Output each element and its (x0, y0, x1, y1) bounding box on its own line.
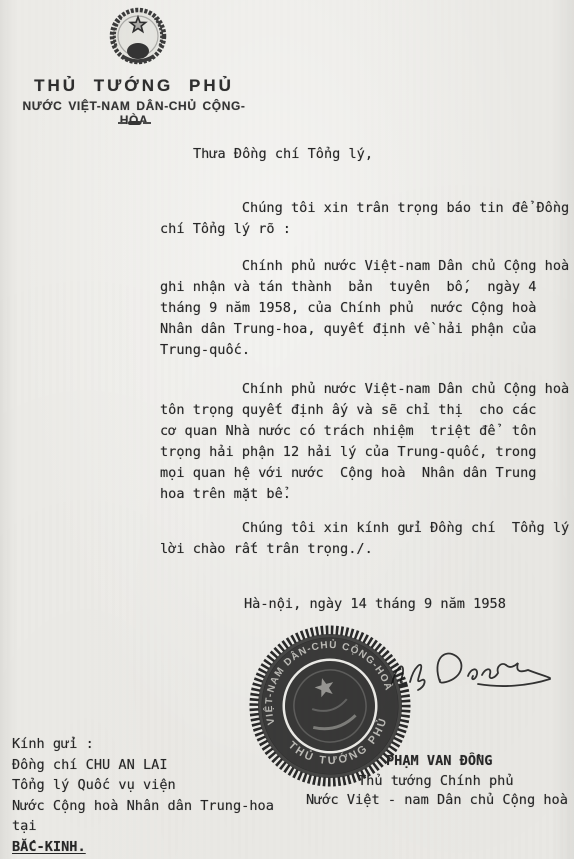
signer-name: PHẠM VAN ĐỒNG (386, 751, 492, 772)
signer-title: Thủ tướng Chính phủ (358, 771, 514, 792)
paragraph-respect: Chính phủ nước Việt-nam Dân chủ Cộng hoà… (160, 379, 569, 505)
scanned-letter-page: THỦ TƯỚNG PHỦ NƯỚC VIỆT-NAM DÂN-CHỦ CỘNG… (0, 0, 574, 859)
recipient-block: Kính gửi :Đồng chí CHU AN LAITổng lý Quố… (12, 734, 274, 857)
recipient-city: BẮC-KINH. (12, 837, 274, 858)
dateline: Hà-nội, ngày 14 tháng 9 năm 1958 (244, 594, 506, 615)
paragraph-intro: Chúng tôi xin trân trọng báo tin để Đồng… (160, 198, 569, 240)
signer-org: Nước Việt - nam Dân chủ Cộng hoà (306, 790, 568, 811)
paragraph-recognition: Chính phủ nước Việt-nam Dân chủ Cộng hoà… (160, 256, 569, 361)
paragraph-closing: Chúng tôi xin kính gửi Đồng chí Tổng lýl… (160, 518, 569, 560)
salutation: Thưa Đồng chí Tổng lý, (193, 144, 373, 165)
national-emblem-icon (106, 6, 170, 68)
letterhead-divider (10, 121, 258, 125)
recipient-lines: Kính gửi :Đồng chí CHU AN LAITổng lý Quố… (12, 734, 274, 837)
letterhead-org-name: THỦ TƯỚNG PHỦ (10, 76, 258, 96)
